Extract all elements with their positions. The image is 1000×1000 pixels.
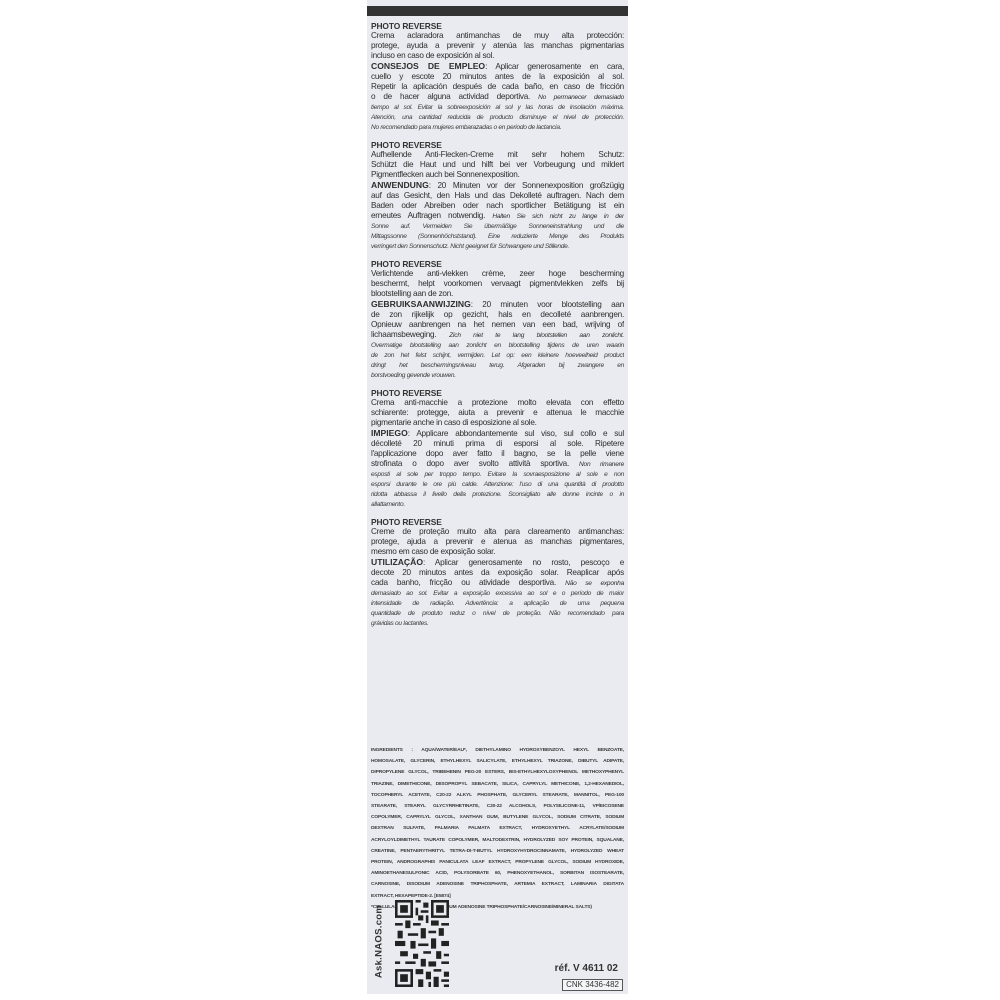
section-title: PHOTO REVERSE (371, 259, 624, 269)
usage-first-line: GEBRUIKSAANWIJZING: 20 minuten voor bloo… (371, 299, 624, 310)
usage-line: Baden oder Abreiben oder nach sportliche… (371, 201, 624, 211)
ingredients-line: CREATINE, PENTAERYTHRITYL TETRA-DI-T-BUT… (371, 846, 624, 857)
usage-line-with-warning: strofinata o dopo aver svolto attività s… (371, 459, 624, 470)
description-line: mesmo em caso de exposição solar. (371, 547, 624, 557)
usage-first-line: UTILIZAÇÃO: Aplicar generosamente no ros… (371, 557, 624, 568)
description-line: Crema anti-macchie a protezione molto el… (371, 398, 624, 408)
warning-line: Atención, una cantidad reducida de produ… (371, 113, 624, 123)
ingredients-line: ACRYLOYLDIMETHYL TAURATE COPOLYMER, MALT… (371, 835, 624, 846)
description-line: blootstelling aan de zon. (371, 289, 624, 299)
warning-inline: Halten Sie sich nicht zu lange in der (492, 213, 624, 220)
description-line: Creme de proteção muito alta para clarea… (371, 527, 624, 537)
section-nl: PHOTO REVERSE Verlichtende anti-vlekken … (371, 259, 624, 381)
usage-heading: CONSEJOS DE EMPLEO (371, 61, 485, 71)
usage-first-line: ANWENDUNG: 20 Minuten vor der Sonnenexpo… (371, 180, 624, 191)
warning-line: borstvoeding gevende vrouwen. (371, 371, 624, 381)
usage-line: décolleté 20 minuti prima di esporsi al … (371, 439, 624, 449)
warning-line: esposti al sole per troppo tempo. Evitar… (371, 470, 624, 480)
usage-line-with-warning: lichaamsbeweging. Zich niet te lang bloo… (371, 330, 624, 341)
qr-code-icon (395, 900, 449, 987)
warning-line: Mittagssonne (Sonnenhöchststand). Eine r… (371, 232, 624, 242)
product-reference: réf. V 4611 02 (555, 963, 618, 974)
top-dark-band (367, 6, 628, 16)
ingredients-line: AMINOETHANESULFONIC ACID, POLYSORBATE 60… (371, 868, 624, 879)
ingredients-line: INGREDIENTS : AQUA/WATER/EAU*, DIETHYLAM… (371, 745, 624, 756)
usage-line-with-warning: erneutes Auftragen notwendig. Halten Sie… (371, 211, 624, 222)
warning-line: tiempo al sol. Evitar la sobreexposición… (371, 103, 624, 113)
ingredients-line: DEXTRAN SULFATE, PALMARIA PALMATA EXTRAC… (371, 823, 624, 834)
cnk-code-box: CNK 3436-482 (562, 979, 623, 991)
ingredients-line: TRIAZINE, DIMETHICONE, DIISOPROPYL SEBAC… (371, 779, 624, 790)
warning-line: Overmatige blootstelling aan zonlicht en… (371, 341, 624, 351)
usage-heading: GEBRUIKSAANWIJZING (371, 299, 471, 309)
warning-inline: Non rimanere (579, 461, 624, 468)
warning-line: Sonne auf. Vermeiden Sie übermäßige Sonn… (371, 222, 624, 232)
usage-line: Opnieuw aanbrengen na het nemen van een … (371, 320, 624, 330)
section-title: PHOTO REVERSE (371, 21, 624, 31)
description-line: protege, ajuda a prevenir e atenua as ma… (371, 537, 624, 547)
product-label-panel: PHOTO REVERSE Crema aclaradora antimanch… (367, 0, 628, 994)
warning-line: esporsi durante le ore più calde. Attenz… (371, 480, 624, 490)
ingredients-line: STEARATE, STEARYL GLYCYRRHETINATE, C20-2… (371, 801, 624, 812)
usage-line-with-warning: o de hacer alguna actividad deportiva. N… (371, 92, 624, 103)
ingredients-line: PROTEIN, ANDROGRAPHIS PANICULATA LEAF EX… (371, 857, 624, 868)
warning-line: demasiado ao sol. Evitar a exposição exc… (371, 589, 624, 599)
section-title: PHOTO REVERSE (371, 140, 624, 150)
warning-inline: Não se exponha (565, 580, 624, 587)
warning-inline: Zich niet te lang blootstellen aan zonli… (449, 332, 624, 339)
section-title: PHOTO REVERSE (371, 517, 624, 527)
warning-line: verringert den Sonnenschutz. Nicht geeig… (371, 242, 624, 252)
description-line: Schützt die Haut und und hilft bei ver V… (371, 160, 624, 170)
ingredients-line: CARNOSINE, DISODIUM ADENOSINE TRIPHOSPHA… (371, 879, 624, 890)
warning-inline: No permanecer demasiado (538, 94, 624, 101)
warning-line: intensidade de radiação. Advertência: a … (371, 599, 624, 609)
warning-line: No recomendado para mujeres embarazadas … (371, 123, 624, 133)
usage-line-with-warning: cada banho, fricção ou atividade desport… (371, 578, 624, 589)
usage-first-line: CONSEJOS DE EMPLEO: Aplicar generosament… (371, 61, 624, 72)
usage-heading: ANWENDUNG (371, 180, 429, 190)
usage-line: cuello y escote 20 minutos antes de la e… (371, 72, 624, 82)
usage-line: auf das Gesicht, den Hals und das Dekoll… (371, 191, 624, 201)
usage-line: Repetir la aplicación después de cada ba… (371, 82, 624, 92)
section-pt: PHOTO REVERSE Creme de proteção muito al… (371, 517, 624, 629)
warning-line: allattamento. (371, 500, 624, 510)
description-line: incluso en caso de exposición al sol. (371, 51, 624, 61)
ingredients-list: INGREDIENTS : AQUA/WATER/EAU*, DIETHYLAM… (371, 745, 624, 913)
section-es: PHOTO REVERSE Crema aclaradora antimanch… (371, 21, 624, 133)
description-line: pigmentarie anche in caso di esposizione… (371, 418, 624, 428)
warning-line: grávidas ou lactantes. (371, 619, 624, 629)
section-de: PHOTO REVERSE Aufhellende Anti-Flecken-C… (371, 140, 624, 252)
warning-line: ridotta abbassa il livello della protezi… (371, 490, 624, 500)
description-line: protege, ayuda a prevenir y atenúa las m… (371, 41, 624, 51)
ingredients-line: COPOLYMER, CAPRYLYL GLYCOL, XANTHAN GUM,… (371, 812, 624, 823)
warning-line: dringt het beschermingsniveau terug. Afg… (371, 361, 624, 371)
usage-heading: IMPIEGO (371, 428, 408, 438)
description-line: schiarente: protegge, aiuta a prevenir e… (371, 408, 624, 418)
website-text: Ask.NAOS.com (374, 896, 385, 988)
description-line: Pigmentflecken auch bei Sonnenexposition… (371, 170, 624, 180)
usage-heading: UTILIZAÇÃO (371, 557, 423, 567)
warning-line: de zon het felst schijnt, vermijden. Let… (371, 351, 624, 361)
ingredients-line: HOMOSALATE, GLYCERIN, ETHYLHEXYL SALICYL… (371, 756, 624, 767)
usage-line: decote 20 minutos antes da exposição sol… (371, 568, 624, 578)
ingredients-line: TOCOPHERYL ACETATE, C20-22 ALKYL PHOSPHA… (371, 790, 624, 801)
usage-line: l'applicazione dopo aver fatto il bagno,… (371, 449, 624, 459)
website-vertical: Ask.NAOS.com (369, 898, 389, 990)
usage-line: de zon rijkelijk op gezicht, hals en dec… (371, 310, 624, 320)
section-it: PHOTO REVERSE Crema anti-macchie a prote… (371, 388, 624, 510)
description-line: Crema aclaradora antimanchas de muy alta… (371, 31, 624, 41)
description-line: beschermt, helpt voorkomen vervaagt pigm… (371, 279, 624, 289)
label-text-content: PHOTO REVERSE Crema aclaradora antimanch… (371, 21, 624, 636)
section-title: PHOTO REVERSE (371, 388, 624, 398)
usage-first-line: IMPIEGO: Applicare abbondantemente sul v… (371, 428, 624, 439)
warning-line: quantidade de produto reduz o nível de p… (371, 609, 624, 619)
description-line: Verlichtende anti-vlekken crème, zeer ho… (371, 269, 624, 279)
description-line: Aufhellende Anti-Flecken-Creme mit sehr … (371, 150, 624, 160)
ingredients-line: DIPROPYLENE GLYCOL, TRIBEHENIN PEG-20 ES… (371, 767, 624, 778)
